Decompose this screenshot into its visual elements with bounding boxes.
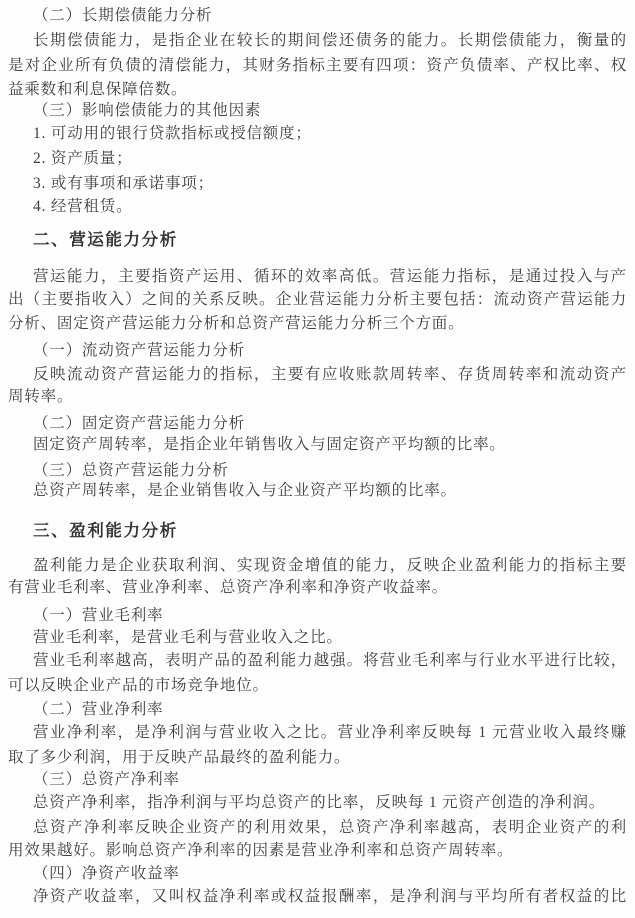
text-line: 有营业毛利率、营业净利率、总资产净利率和净资产收益率。 <box>8 577 627 599</box>
text-line: 出（主要指收入）之间的关系反映。企业营运能力分析主要包括：流动资产营运能力 <box>8 289 627 311</box>
text-line: （三）总资产营运能力分析 <box>8 460 627 482</box>
text-line: 2. 资产质量； <box>8 148 627 170</box>
text-line: （三）影响偿债能力的其他因素 <box>8 100 627 122</box>
text-line: 总资产净利率，指净利润与平均总资产的比率，反映每 1 元资产创造的净利润。 <box>8 792 627 814</box>
text-line: 反映流动资产营运能力的指标，主要有应收账款周转率、存货周转率和流动资产 <box>8 364 627 386</box>
text-line: 益乘数和利息保障倍数。 <box>8 79 627 101</box>
text-line: （四）净资产收益率 <box>8 863 627 885</box>
text-line: 用效果越好。影响总资产净利率的因素是营业净利率和总资产周转率。 <box>8 840 627 862</box>
text-line: 可以反映企业产品的市场竞争地位。 <box>8 675 627 697</box>
text-line: 总资产净利率反映企业资产的利用效果，总资产净利率越高，表明企业资产的利 <box>8 817 627 839</box>
text-line: 营业毛利率越高，表明产品的盈利能力越强。将营业毛利率与行业水平进行比较， <box>8 650 627 672</box>
text-line: 营运能力，主要指资产运用、循环的效率高低。营运能力指标，是通过投入与产 <box>8 266 627 288</box>
text-line: 固定资产周转率，是指企业年销售收入与固定资产平均额的比率。 <box>8 434 627 456</box>
text-line: 总资产周转率，是企业销售收入与企业资产平均额的比率。 <box>8 480 627 502</box>
text-line: 净资产收益率，又叫权益净利率或权益报酬率，是净利润与平均所有者权益的比 <box>8 886 627 908</box>
text-line: 分析、固定资产营运能力分析和总资产营运能力分析三个方面。 <box>8 313 627 335</box>
text-line: （二）长期偿债能力分析 <box>8 5 627 27</box>
text-line: （一）营业毛利率 <box>8 605 627 627</box>
text-line: （二）固定资产营运能力分析 <box>8 413 627 435</box>
text-line: 取了多少利润，用于反映产品最终的盈利能力。 <box>8 747 627 769</box>
text-line: （一）流动资产营运能力分析 <box>8 340 627 362</box>
text-line: 长期偿债能力，是指企业在较长的期间偿还债务的能力。长期偿债能力，衡量的 <box>8 30 627 52</box>
text-line: 盈利能力是企业获取利润、实现资金增值的能力，反映企业盈利能力的指标主要 <box>8 555 627 577</box>
document-page: （二）长期偿债能力分析长期偿债能力，是指企业在较长的期间偿还债务的能力。长期偿债… <box>0 0 635 918</box>
text-line: 1. 可动用的银行贷款指标或授信额度； <box>8 123 627 145</box>
section-heading: 二、营运能力分析 <box>8 229 627 251</box>
text-line: （三）总资产净利率 <box>8 769 627 791</box>
text-line: 营业毛利率，是营业毛利与营业收入之比。 <box>8 627 627 649</box>
section-heading: 三、盈利能力分析 <box>8 520 627 542</box>
text-line: 4. 经营租赁。 <box>8 196 627 218</box>
text-line: 是对企业所有负债的清偿能力，其财务指标主要有四项：资产负债率、产权比率、权 <box>8 55 627 77</box>
text-line: 营业净利率，是净利润与营业收入之比。营业净利率反映每 1 元营业收入最终赚 <box>8 722 627 744</box>
text-line: （二）营业净利率 <box>8 699 627 721</box>
text-line: 3. 或有事项和承诺事项； <box>8 173 627 195</box>
text-line: 周转率。 <box>8 386 627 408</box>
